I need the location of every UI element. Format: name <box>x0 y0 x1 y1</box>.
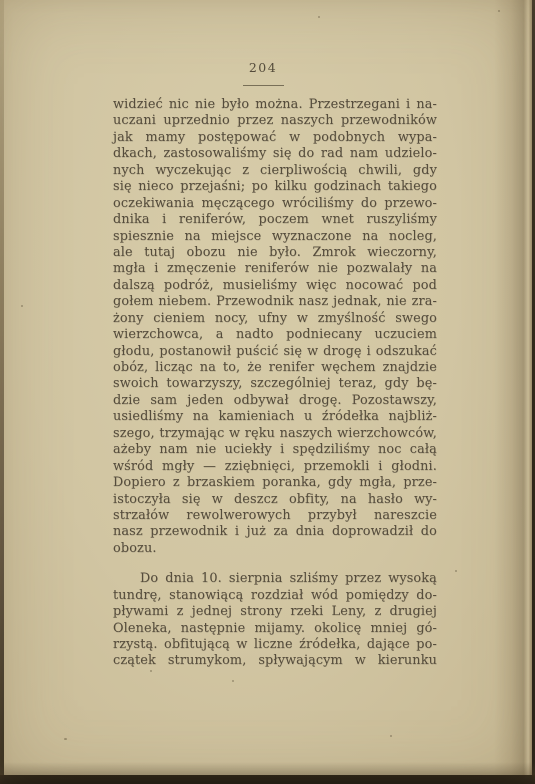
paper-speck <box>498 10 500 12</box>
text-line: istoczyła się w deszcz obfity, na hasło … <box>113 492 437 508</box>
paper-speck <box>21 305 23 307</box>
bottom-shadow <box>0 762 535 776</box>
text-line: wierzchowca, a nadto podniecany uczuciem <box>113 327 437 343</box>
text-line: mgła i zmęczenie reniferów nie pozwalały… <box>113 261 437 277</box>
text-line: Do dnia 10. sierpnia szliśmy przez wysok… <box>113 571 437 587</box>
paper-speck <box>232 680 234 682</box>
text-line: obozu. <box>113 541 437 557</box>
text-line: dzie sam jeden odbywał drogę. Pozostawsz… <box>113 393 437 409</box>
text-line: ale tutaj obozu nie było. Zmrok wieczorn… <box>113 245 437 261</box>
text-line: wśród mgły — zziębnięci, przemokli i gło… <box>113 459 437 475</box>
page-number-rule <box>243 85 284 86</box>
scan-left-edge <box>0 0 4 784</box>
scan-bottom-edge <box>0 775 535 784</box>
text-line: swoich towarzyszy, szczególniej teraz, g… <box>113 376 437 392</box>
text-block: widzieć nic nie było można. Przestrzegan… <box>113 97 437 670</box>
text-line: oczekiwania męczącego wróciliśmy do prze… <box>113 196 437 212</box>
text-line: uczani uprzednio przez naszych przewodni… <box>113 113 437 129</box>
text-line: Oleneka, następnie mijamy. okolicę mniej… <box>113 621 437 637</box>
paper-speck <box>455 570 457 572</box>
text-line: tundrę, stanowiącą rozdział wód pomiędzy… <box>113 588 437 604</box>
page-curve-shadow <box>494 0 532 784</box>
text-line: jak mamy postępować w podobnych wypa- <box>113 130 437 146</box>
text-line: widzieć nic nie było można. Przestrzegan… <box>113 97 437 113</box>
text-line: gołem niebem. Przewodnik nasz jednak, ni… <box>113 294 437 310</box>
text-line: rzystą. obfitującą w liczne źródełka, da… <box>113 637 437 653</box>
text-line: ażeby nam nie uciekły i spędziliśmy noc … <box>113 442 437 458</box>
text-line: obóz, licząc na to, że renifer węchem zn… <box>113 360 437 376</box>
paper-speck <box>64 738 67 740</box>
scanned-book-page: 204 widzieć nic nie było można. Przestrz… <box>0 0 535 784</box>
text-line: nasz przewodnik i już za dnia doprowadzi… <box>113 524 437 540</box>
text-line: usiedliśmy na kamieniach u źródełka najb… <box>113 409 437 425</box>
text-line: spiesznie na miejsce wyznaczone na nocle… <box>113 229 437 245</box>
text-line: pływami z jednej strony rzeki Leny, z dr… <box>113 604 437 620</box>
paper-speck <box>390 735 392 737</box>
text-line: dnika i reniferów, poczem wnet ruszyliśm… <box>113 212 437 228</box>
text-line: dalszą podróż, musieliśmy więc nocować p… <box>113 278 437 294</box>
text-line: szego, trzymając w ręku naszych wierzcho… <box>113 426 437 442</box>
text-line: dkach, zastosowaliśmy się do rad nam udz… <box>113 146 437 162</box>
text-line: czątek strumykom, spływającym w kierunku <box>113 653 437 669</box>
text-line: się nieco przejaśni; po kilku godzinach … <box>113 179 437 195</box>
text-line: żony cieniem nocy, ufny w zmyślność sweg… <box>113 311 437 327</box>
page-number: 204 <box>113 60 413 75</box>
text-line: nych wyczekując z cierpliwością chwili, … <box>113 163 437 179</box>
text-line: Dopiero z brzaskiem poranka, gdy mgła, p… <box>113 475 437 491</box>
text-line: głodu, postanowił puścić się w drogę i o… <box>113 344 437 360</box>
paper-speck <box>318 16 320 18</box>
paper-speck <box>150 670 152 672</box>
text-line: strzałów rewolwerowych przybył nareszcie <box>113 508 437 524</box>
